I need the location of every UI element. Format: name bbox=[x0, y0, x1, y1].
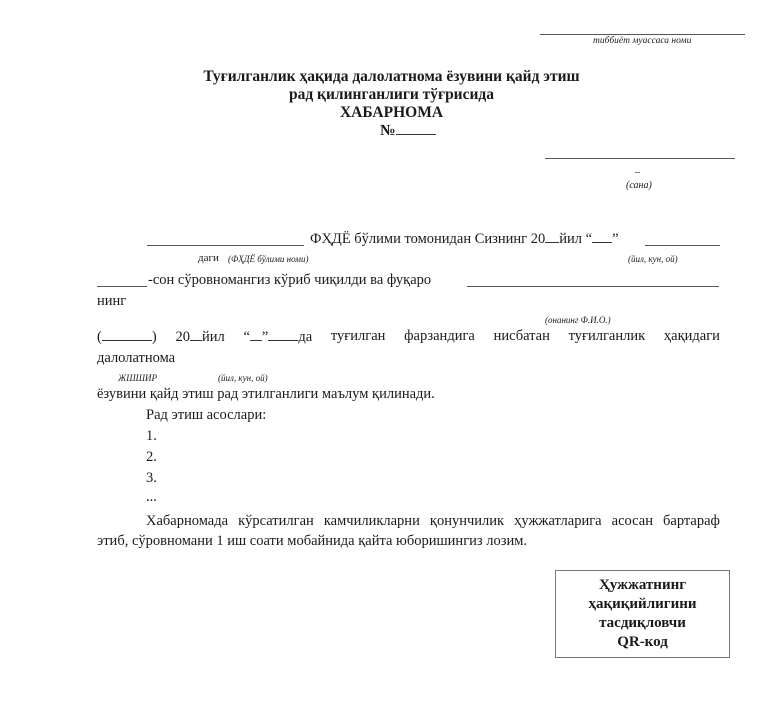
ning-suffix: нинг bbox=[97, 293, 126, 310]
date-caption: (сана) bbox=[626, 180, 652, 191]
registry-office-name-field[interactable] bbox=[147, 245, 304, 246]
reason-item-more: ... bbox=[146, 489, 157, 506]
document-type-heading: ХАБАРНОМА bbox=[0, 104, 783, 122]
year-field[interactable] bbox=[545, 230, 559, 243]
paragraph-4-line-2: этиб, сўровномани 1 иш соати мобайнида қ… bbox=[97, 533, 527, 550]
institution-name-line[interactable] bbox=[540, 34, 745, 35]
date-mark: _ bbox=[635, 163, 640, 174]
paragraph-3-line-1: () 20йил “”да туғилган фарзандига нисбат… bbox=[97, 328, 720, 346]
month-field[interactable] bbox=[645, 245, 720, 246]
birth-year[interactable]: 20йил bbox=[175, 328, 224, 346]
document-number: № bbox=[380, 122, 436, 140]
date-format-caption-2: (йил, кун, ой) bbox=[218, 373, 268, 383]
request-number-field[interactable] bbox=[97, 286, 147, 287]
paragraph-3-closing: ёзувини қайд этиш рад этилганлиги маълум… bbox=[97, 386, 435, 403]
date-format-caption-1: (йил, кун, ой) bbox=[628, 254, 678, 264]
citizen-name-field[interactable] bbox=[467, 286, 719, 287]
reason-item-2[interactable]: 2. bbox=[146, 449, 157, 466]
zhshir-field[interactable]: () bbox=[97, 328, 157, 346]
dept-caption-prefix: даги bbox=[198, 252, 219, 264]
reason-item-1[interactable]: 1. bbox=[146, 428, 157, 445]
dalolatnoma-word: далолатнома bbox=[97, 350, 175, 367]
institution-name-caption: тиббиёт муассаса номи bbox=[593, 36, 691, 46]
title-line-1: Туғилганлик ҳақида далолатнома ёзувини қ… bbox=[0, 68, 783, 86]
number-field[interactable] bbox=[396, 122, 436, 135]
paragraph-1-text: ФҲДЁ бўлими томонидан Сизнинг 20йил “” bbox=[310, 230, 619, 248]
dept-caption: (ФҲДЁ бўлими номи) bbox=[228, 254, 309, 264]
paragraph-2-text: -сон сўровномангиз кўриб чиқилди ва фуқа… bbox=[148, 272, 431, 289]
number-sign: № bbox=[380, 122, 396, 139]
birth-day-month[interactable]: “”да bbox=[243, 328, 312, 346]
reasons-heading: Рад этиш асослари: bbox=[146, 407, 266, 424]
day-field[interactable] bbox=[592, 230, 612, 243]
date-line[interactable] bbox=[545, 158, 735, 159]
paragraph-4-line-1: Хабарномада кўрсатилган камчиликларни қо… bbox=[146, 513, 720, 530]
zhshir-caption: ЖШШИР bbox=[118, 373, 157, 383]
mother-name-caption: (онанинг Ф.И.О.) bbox=[545, 315, 611, 325]
reason-item-3[interactable]: 3. bbox=[146, 470, 157, 487]
qr-code-placeholder: Ҳужжатнинг ҳақиқийлигини тасдиқловчи QR-… bbox=[555, 570, 730, 658]
title-line-2: рад қилинганлиги тўғрисида bbox=[0, 86, 783, 104]
